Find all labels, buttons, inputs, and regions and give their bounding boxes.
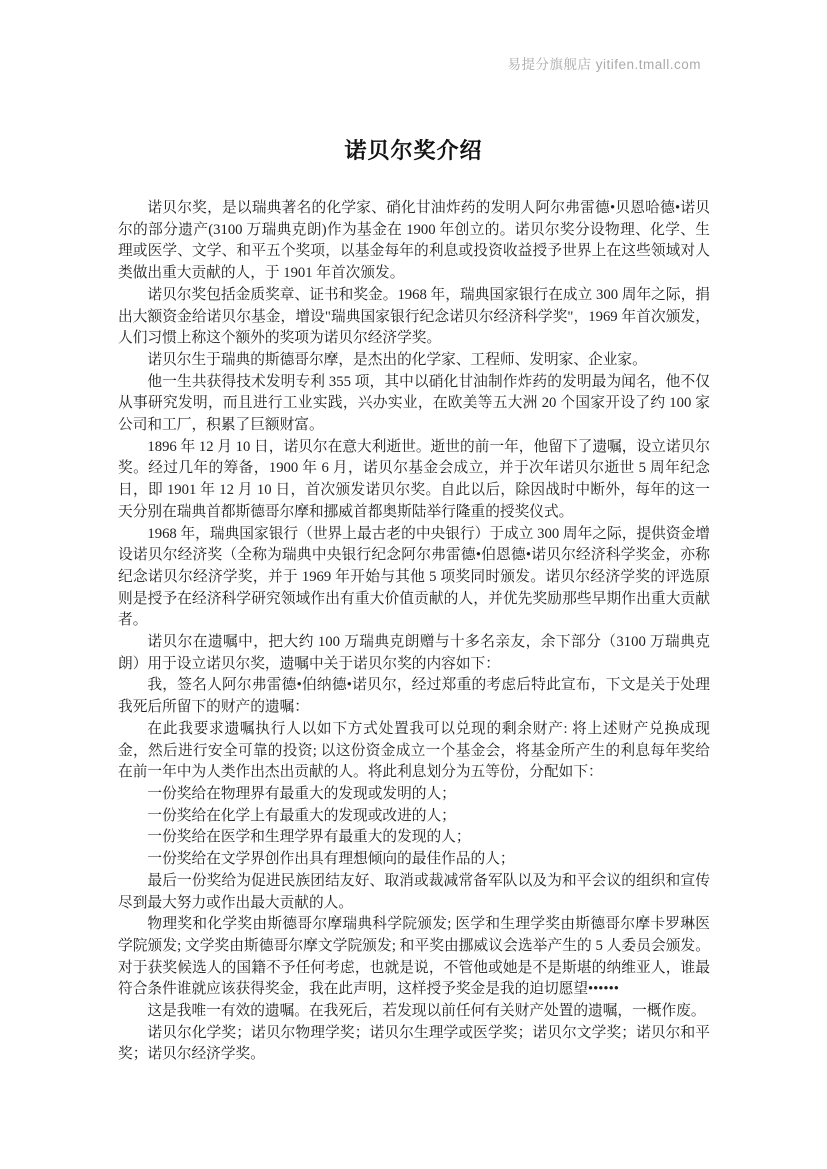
paragraph: 最后一份奖给为促进民族团结友好、取消或裁减常备军队以及为和平会议的组织和宣传尽到…: [118, 871, 710, 914]
paragraph: 一份奖给在文学界创作出具有理想倾向的最佳作品的人；: [118, 849, 710, 871]
paragraph: 他一生共获得技术发明专利 355 项，其中以硝化甘油制作炸药的发明最为闻名，他不…: [118, 372, 710, 437]
paragraph: 诺贝尔奖包括金质奖章、证书和奖金。1968 年，瑞典国家银行在成立 300 周年…: [118, 285, 710, 350]
paragraph: 一份奖给在物理界有最重大的发现或发明的人；: [118, 784, 710, 806]
paragraph: 一份奖给在化学上有最重大的发现或改进的人；: [118, 806, 710, 828]
paragraph: 诺贝尔奖，是以瑞典著名的化学家、硝化甘油炸药的发明人阿尔弗雷德•贝恩哈德•诺贝尔…: [118, 198, 710, 285]
paragraph: 这是我唯一有效的遗嘱。在我死后，若发现以前任何有关财产处置的遗嘱，一概作废。: [118, 1001, 710, 1023]
page-title: 诺贝尔奖介绍: [0, 137, 827, 164]
paragraph: 我，签名人阿尔弗雷德•伯纳德•诺贝尔，经过郑重的考虑后特此宣布，下文是关于处理我…: [118, 675, 710, 718]
store-watermark: 易提分旗舰店 yitifen.tmall.com: [507, 53, 701, 73]
paragraph: 物理奖和化学奖由斯德哥尔摩瑞典科学院颁发; 医学和生理学奖由斯德哥尔摩卡罗琳医学…: [118, 914, 710, 1001]
paragraph: 1896 年 12 月 10 日，诺贝尔在意大利逝世。逝世的前一年，他留下了遗嘱…: [118, 437, 710, 524]
document-page: 易提分旗舰店 yitifen.tmall.com 诺贝尔奖介绍 诺贝尔奖，是以瑞…: [0, 0, 827, 1169]
document-body: 诺贝尔奖，是以瑞典著名的化学家、硝化甘油炸药的发明人阿尔弗雷德•贝恩哈德•诺贝尔…: [118, 198, 710, 1066]
paragraph: 诺贝尔化学奖；诺贝尔物理学奖；诺贝尔生理学或医学奖；诺贝尔文学奖；诺贝尔和平奖；…: [118, 1023, 710, 1066]
paragraph: 在此我要求遗嘱执行人以如下方式处置我可以兑现的剩余财产: 将上述财产兑换成现金，…: [118, 719, 710, 784]
paragraph: 诺贝尔在遗嘱中，把大约 100 万瑞典克朗赠与十多名亲友，余下部分（3100 万…: [118, 632, 710, 675]
paragraph: 1968 年，瑞典国家银行（世界上最古老的中央银行）于成立 300 周年之际，提…: [118, 524, 710, 633]
paragraph: 诺贝尔生于瑞典的斯德哥尔摩，是杰出的化学家、工程师、发明家、企业家。: [118, 350, 710, 372]
paragraph: 一份奖给在医学和生理学界有最重大的发现的人；: [118, 827, 710, 849]
